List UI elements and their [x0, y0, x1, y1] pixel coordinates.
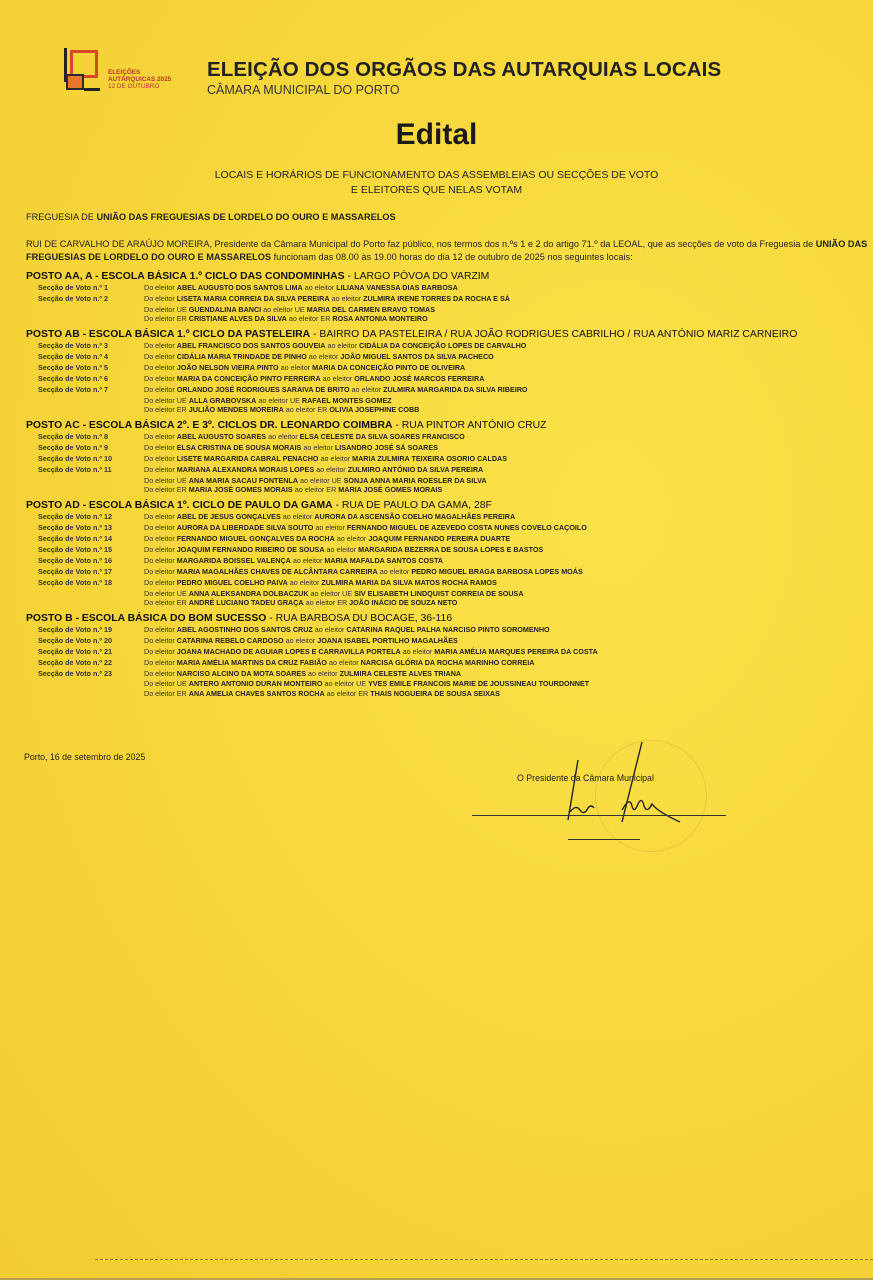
section-label: Secção de Voto n.º 13: [26, 523, 144, 534]
elections-logo-icon: [62, 48, 104, 94]
last-voter: JOANA ISABEL PORTILHO MAGALHÃES: [317, 636, 458, 645]
to-word: ao eleitor: [281, 512, 315, 521]
to-word: ao eleitor: [313, 625, 347, 634]
voter-range: Do eleitor LISETA MARIA CORREIA DA SILVA…: [144, 294, 866, 305]
section-label: Secção de Voto n.º 21: [26, 647, 144, 658]
voter-range: Do eleitor ORLANDO JOSÉ RODRIGUES SARAIV…: [144, 385, 866, 396]
voter-type: ER: [358, 689, 370, 698]
polling-station: POSTO B - ESCOLA BÁSICA DO BOM SUCESSO -…: [26, 612, 866, 698]
section-label: Secção de Voto n.º 14: [26, 534, 144, 545]
to-word: ao eleitor: [293, 485, 327, 494]
freguesia-prefix: FREGUESIA DE: [26, 212, 96, 222]
first-voter: JOÃO NELSON VIEIRA PINTO: [177, 363, 279, 372]
voting-section: Secção de Voto n.º 9Do eleitor ELSA CRIS…: [26, 443, 866, 454]
document-subtitle: CÂMARA MUNICIPAL DO PORTO: [207, 83, 400, 97]
to-word: ao eleitor: [301, 443, 335, 452]
voter-type: ER: [326, 485, 338, 494]
voter-type: UE: [356, 679, 368, 688]
first-voter: ORLANDO JOSÉ RODRIGUES SARAIVA DE BRITO: [177, 385, 350, 394]
to-word: ao eleitor: [350, 385, 384, 394]
first-voter: JOAQUIM FERNANDO RIBEIRO DE SOUSA: [177, 545, 325, 554]
voter-type: ER: [177, 598, 189, 607]
voting-section: Secção de Voto n.º 20Do eleitor CATARINA…: [26, 636, 866, 647]
voting-section: Secção de Voto n.º 5Do eleitor JOÃO NELS…: [26, 363, 866, 374]
from-word: Do eleitor: [144, 396, 177, 405]
first-voter: ABEL AGOSTINHO DOS SANTOS CRUZ: [177, 625, 313, 634]
voter-type: ER: [337, 598, 349, 607]
last-voter: MARIA AMÉLIA MARQUES PEREIRA DA COSTA: [434, 647, 597, 656]
voter-range: Do eleitor ER ANA AMELIA CHAVES SANTOS R…: [144, 689, 866, 698]
to-word: ao eleitor: [256, 396, 290, 405]
station-name: POSTO AA, A - ESCOLA BÁSICA 1.º CICLO DA…: [26, 271, 345, 282]
voter-range: Do eleitor ABEL FRANCISCO DOS SANTOS GOU…: [144, 341, 866, 352]
station-name: POSTO B - ESCOLA BÁSICA DO BOM SUCESSO: [26, 613, 266, 624]
to-word: ao eleitor: [306, 669, 340, 678]
section-label: Secção de Voto n.º 16: [26, 556, 144, 567]
to-word: ao eleitor: [378, 567, 412, 576]
intro-text-c: funcionam das 08.00 às 19.00 horas do di…: [271, 252, 633, 262]
voting-section: Secção de Voto n.º 3Do eleitor ABEL FRAN…: [26, 341, 866, 352]
voter-range: Do eleitor ABEL DE JESUS GONÇALVES ao el…: [144, 512, 866, 523]
voter-range: Do eleitor ER MARIA JOSÉ GOMES MORAIS ao…: [144, 485, 866, 494]
section-label: Secção de Voto n.º 15: [26, 545, 144, 556]
last-voter: SIV ELISABETH LINDQUIST CORREIA DE SOUSA: [354, 589, 523, 598]
voter-type: UE: [177, 589, 189, 598]
voter-range: Do eleitor MARIANA ALEXANDRA MORAIS LOPE…: [144, 465, 866, 476]
last-voter: ZULMIRA CELESTE ALVES TRIANA: [340, 669, 462, 678]
document-date: Porto, 16 de setembro de 2025: [24, 752, 145, 762]
from-word: Do eleitor: [144, 465, 177, 474]
from-word: Do eleitor: [144, 314, 177, 323]
first-voter: ANTERO ANTONIO DURAN MONTEIRO: [189, 679, 323, 688]
last-voter: AURORA DA ASCENSÃO COELHO MAGALHÃES PERE…: [314, 512, 515, 521]
from-word: Do eleitor: [144, 341, 177, 350]
section-label: Secção de Voto n.º 20: [26, 636, 144, 647]
section-label: Secção de Voto n.º 5: [26, 363, 144, 374]
voter-range: Do eleitor LISETE MARGARIDA CABRAL PENAC…: [144, 454, 866, 465]
section-label: Secção de Voto n.º 23: [26, 669, 144, 698]
first-voter: MARGARIDA BOISSEL VALENÇA: [177, 556, 291, 565]
to-word: ao eleitor: [325, 545, 359, 554]
voter-range: Do eleitor ER CRISTIANE ALVES DA SILVA a…: [144, 314, 866, 323]
to-word: ao eleitor: [319, 454, 353, 463]
signature-icon: [550, 740, 700, 830]
last-voter: ZULMIRA MARIA DA SILVA MATOS ROCHA RAMOS: [321, 578, 496, 587]
last-voter: FERNANDO MIGUEL DE AZEVEDO COSTA NUNES C…: [347, 523, 587, 532]
intro-text-a: RUI DE CARVALHO DE ARAÚJO MOREIRA, Presi…: [26, 239, 816, 249]
voter-range: Do eleitor UE ANTERO ANTONIO DURAN MONTE…: [144, 679, 866, 688]
from-word: Do eleitor: [144, 363, 177, 372]
to-word: ao eleitor: [330, 294, 364, 303]
from-word: Do eleitor: [144, 625, 177, 634]
last-voter: JOÃO MIGUEL SANTOS DA SILVA PACHECO: [340, 352, 493, 361]
voting-section: Secção de Voto n.º 16Do eleitor MARGARID…: [26, 556, 866, 567]
to-word: ao eleitor: [303, 283, 337, 292]
signature-line: [472, 815, 726, 816]
voting-section: Secção de Voto n.º 11Do eleitor MARIANA …: [26, 465, 866, 494]
to-word: ao eleitor: [325, 341, 359, 350]
station-address: - BAIRRO DA PASTELEIRA / RUA JOÃO RODRIG…: [310, 329, 797, 340]
freguesia-name: UNIÃO DAS FREGUESIAS DE LORDELO DO OURO …: [96, 212, 395, 222]
station-name: POSTO AB - ESCOLA BÁSICA 1.º CICLO DA PA…: [26, 329, 310, 340]
to-word: ao eleitor: [321, 374, 355, 383]
last-voter: ROSA ANTONIA MONTEIRO: [332, 314, 427, 323]
to-word: ao eleitor: [325, 689, 359, 698]
voter-range: Do eleitor PEDRO MIGUEL COELHO PAIVA ao …: [144, 578, 866, 589]
first-voter: MARIANA ALEXANDRA MORAIS LOPES: [177, 465, 314, 474]
voter-type: UE: [295, 305, 307, 314]
voter-type: ER: [177, 405, 189, 414]
first-voter: ALLA GRABOVSKA: [189, 396, 257, 405]
first-voter: ABEL AUGUSTO DOS SANTOS LIMA: [177, 283, 303, 292]
voter-range: Do eleitor UE ANA MARIA SACAU FONTENLA a…: [144, 476, 866, 485]
voter-type: ER: [317, 405, 329, 414]
voter-range: Do eleitor CATARINA REBELO CARDOSO ao el…: [144, 636, 866, 647]
from-word: Do eleitor: [144, 689, 177, 698]
section-label: Secção de Voto n.º 18: [26, 578, 144, 607]
last-voter: MARIA MAFALDA SANTOS COSTA: [324, 556, 443, 565]
voter-range: Do eleitor ER ANDRÉ LUCIANO TADEU GRAÇA …: [144, 598, 866, 607]
from-word: Do eleitor: [144, 443, 177, 452]
from-word: Do eleitor: [144, 485, 177, 494]
from-word: Do eleitor: [144, 454, 177, 463]
voter-type: ER: [320, 314, 332, 323]
section-label: Secção de Voto n.º 6: [26, 374, 144, 385]
from-word: Do eleitor: [144, 598, 177, 607]
voter-type: UE: [332, 476, 344, 485]
last-voter: SONJA ANNA MARIA ROESLER DA SILVA: [344, 476, 487, 485]
first-voter: ANA MARIA SACAU FONTENLA: [189, 476, 298, 485]
to-word: ao eleitor: [298, 476, 332, 485]
last-voter: RAFAEL MONTES GOMEZ: [302, 396, 392, 405]
last-voter: MARIA ZULMIRA TEIXEIRA OSORIO CALDAS: [352, 454, 507, 463]
from-word: Do eleitor: [144, 589, 177, 598]
from-word: Do eleitor: [144, 669, 177, 678]
polling-station: POSTO AC - ESCOLA BÁSICA 2º. E 3º. CICLO…: [26, 419, 866, 494]
section-label: Secção de Voto n.º 9: [26, 443, 144, 454]
last-voter: THAIS NOGUEIRA DE SOUSA SEIXAS: [370, 689, 500, 698]
first-voter: ANNA ALEKSANDRA DOLBACZUK: [189, 589, 309, 598]
last-voter: MARGARIDA BEZERRA DE SOUSA LOPES E BASTO…: [358, 545, 543, 554]
section-label: Secção de Voto n.º 11: [26, 465, 144, 494]
voter-range: Do eleitor ABEL AGOSTINHO DOS SANTOS CRU…: [144, 625, 866, 636]
to-word: ao eleitor: [401, 647, 435, 656]
last-voter: YVES EMILE FRANCOIS MARIE DE JOUSSINEAU …: [368, 679, 589, 688]
from-word: Do eleitor: [144, 476, 177, 485]
document-header: ELEIÇÕES AUTÁRQUICAS 2025 12 DE OUTUBRO …: [62, 48, 762, 100]
voter-range: Do eleitor ABEL AUGUSTO DOS SANTOS LIMA …: [144, 283, 866, 294]
last-voter: JOÃO INÁCIO DE SOUZA NETO: [349, 598, 457, 607]
first-voter: CRISTIANE ALVES DA SILVA: [189, 314, 287, 323]
voting-section: Secção de Voto n.º 22Do eleitor MARIA AM…: [26, 658, 866, 669]
voter-range: Do eleitor FERNANDO MIGUEL GONÇALVES DA …: [144, 534, 866, 545]
voter-range: Do eleitor ELSA CRISTINA DE SOUSA MORAIS…: [144, 443, 866, 454]
station-address: - RUA BARBOSA DU BOCAGE, 36-116: [266, 613, 452, 624]
voter-range: Do eleitor ER JULIÃO MENDES MOREIRA ao e…: [144, 405, 866, 414]
from-word: Do eleitor: [144, 432, 177, 441]
first-voter: FERNANDO MIGUEL GONÇALVES DA ROCHA: [177, 534, 335, 543]
freguesia-line: FREGUESIA DE UNIÃO DAS FREGUESIAS DE LOR…: [26, 212, 396, 222]
voting-section: Secção de Voto n.º 18Do eleitor PEDRO MI…: [26, 578, 866, 607]
polling-station-title: POSTO AD - ESCOLA BÁSICA 1º. CICLO DE PA…: [26, 499, 866, 512]
to-word: ao eleitor: [304, 598, 338, 607]
voter-range: Do eleitor JOANA MACHADO DE AGUIAR LOPES…: [144, 647, 866, 658]
voter-range: Do eleitor MARIA AMÉLIA MARTINS DA CRUZ …: [144, 658, 866, 669]
first-voter: MARIA DA CONCEIÇÃO PINTO FERREIRA: [177, 374, 321, 383]
scan-edge-line: [95, 1259, 873, 1261]
first-voter: ELSA CRISTINA DE SOUSA MORAIS: [177, 443, 302, 452]
document-title: ELEIÇÃO DOS ORGÃOS DAS AUTARQUIAS LOCAIS: [207, 58, 721, 82]
section-label: Secção de Voto n.º 17: [26, 567, 144, 578]
section-label: Secção de Voto n.º 22: [26, 658, 144, 669]
polling-station-title: POSTO AB - ESCOLA BÁSICA 1.º CICLO DA PA…: [26, 328, 866, 341]
voting-section: Secção de Voto n.º 7Do eleitor ORLANDO J…: [26, 385, 866, 414]
last-voter: MARIA DEL CARMEN BRAVO TOMAS: [307, 305, 435, 314]
first-voter: CATARINA REBELO CARDOSO: [177, 636, 284, 645]
first-voter: ANA AMELIA CHAVES SANTOS ROCHA: [189, 689, 325, 698]
voter-type: ER: [177, 689, 189, 698]
last-voter: ZULMIRA IRENE TORRES DA ROCHA E SÁ: [363, 294, 510, 303]
from-word: Do eleitor: [144, 567, 177, 576]
to-word: ao eleitor: [323, 679, 357, 688]
voter-type: UE: [177, 679, 189, 688]
first-voter: ABEL DE JESUS GONÇALVES: [177, 512, 281, 521]
logo-line-1: ELEIÇÕES: [108, 69, 171, 76]
logo-text: ELEIÇÕES AUTÁRQUICAS 2025 12 DE OUTUBRO: [108, 69, 171, 90]
polling-stations-list: POSTO AA, A - ESCOLA BÁSICA 1.º CICLO DA…: [26, 270, 866, 703]
voting-section: Secção de Voto n.º 23Do eleitor NARCISO …: [26, 669, 866, 698]
polling-station-title: POSTO AA, A - ESCOLA BÁSICA 1.º CICLO DA…: [26, 270, 866, 283]
station-address: - RUA PINTOR ANTÓNIO CRUZ: [392, 420, 546, 431]
last-voter: MARIA DA CONCEIÇÃO PINTO DE OLIVEIRA: [312, 363, 465, 372]
from-word: Do eleitor: [144, 512, 177, 521]
first-voter: NARCISO ALCINO DA MOTA SOARES: [177, 669, 306, 678]
section-label: Secção de Voto n.º 12: [26, 512, 144, 523]
section-label: Secção de Voto n.º 7: [26, 385, 144, 414]
last-voter: ZULMIRO ANTÓNIO DA SILVA PEREIRA: [348, 465, 484, 474]
from-word: Do eleitor: [144, 647, 177, 656]
voter-range: Do eleitor UE ALLA GRABOVSKA ao eleitor …: [144, 396, 866, 405]
lead-text: LOCAIS E HORÁRIOS DE FUNCIONAMENTO DAS A…: [0, 168, 873, 198]
from-word: Do eleitor: [144, 658, 177, 667]
to-word: ao eleitor: [261, 305, 295, 314]
first-voter: ANDRÉ LUCIANO TADEU GRAÇA: [189, 598, 304, 607]
edital-heading: Edital: [0, 118, 873, 152]
voter-range: Do eleitor MARIA DA CONCEIÇÃO PINTO FERR…: [144, 374, 866, 385]
voter-range: Do eleitor AURORA DA LIBERDADE SILVA SOU…: [144, 523, 866, 534]
voting-section: Secção de Voto n.º 10Do eleitor LISETE M…: [26, 454, 866, 465]
last-voter: MARIA JOSÉ GOMES MORAIS: [338, 485, 442, 494]
lead-line-2: E ELEITORES QUE NELAS VOTAM: [0, 183, 873, 198]
logo-line-2: AUTÁRQUICAS 2025: [108, 76, 171, 83]
section-label: Secção de Voto n.º 4: [26, 352, 144, 363]
voting-section: Secção de Voto n.º 13Do eleitor AURORA D…: [26, 523, 866, 534]
from-word: Do eleitor: [144, 523, 177, 532]
voting-section: Secção de Voto n.º 19Do eleitor ABEL AGO…: [26, 625, 866, 636]
voter-range: Do eleitor UE ANNA ALEKSANDRA DOLBACZUK …: [144, 589, 866, 598]
voter-range: Do eleitor MARGARIDA BOISSEL VALENÇA ao …: [144, 556, 866, 567]
to-word: ao eleitor: [314, 465, 348, 474]
voter-type: ER: [177, 314, 189, 323]
section-label: Secção de Voto n.º 8: [26, 432, 144, 443]
to-word: ao eleitor: [287, 314, 321, 323]
voting-section: Secção de Voto n.º 12Do eleitor ABEL DE …: [26, 512, 866, 523]
first-voter: LISETE MARGARIDA CABRAL PENACHO: [177, 454, 319, 463]
to-word: ao eleitor: [327, 658, 361, 667]
voter-range: Do eleitor NARCISO ALCINO DA MOTA SOARES…: [144, 669, 866, 680]
from-word: Do eleitor: [144, 294, 177, 303]
section-label: Secção de Voto n.º 10: [26, 454, 144, 465]
voter-range: Do eleitor CIDÁLIA MARIA TRINDADE DE PIN…: [144, 352, 866, 363]
voter-range: Do eleitor MARIA MAGALHÃES CHAVES DE ALC…: [144, 567, 866, 578]
from-word: Do eleitor: [144, 578, 177, 587]
from-word: Do eleitor: [144, 679, 177, 688]
first-voter: ABEL AUGUSTO SOARES: [177, 432, 266, 441]
voting-section: Secção de Voto n.º 17Do eleitor MARIA MA…: [26, 567, 866, 578]
voting-section: Secção de Voto n.º 2Do eleitor LISETA MA…: [26, 294, 866, 323]
voting-section: Secção de Voto n.º 14Do eleitor FERNANDO…: [26, 534, 866, 545]
voter-type: UE: [342, 589, 354, 598]
signature-underline: [568, 839, 640, 840]
last-voter: JOAQUIM FERNANDO PEREIRA DUARTE: [368, 534, 510, 543]
logo-line-3: 12 DE OUTUBRO: [108, 83, 171, 90]
voter-range: Do eleitor UE GUENDALINA BANCI ao eleito…: [144, 305, 866, 314]
to-word: ao eleitor: [284, 405, 318, 414]
from-word: Do eleitor: [144, 636, 177, 645]
to-word: ao eleitor: [309, 589, 343, 598]
last-voter: NARCISA GLÓRIA DA ROCHA MARINHO CORREIA: [361, 658, 535, 667]
lead-line-1: LOCAIS E HORÁRIOS DE FUNCIONAMENTO DAS A…: [0, 168, 873, 183]
first-voter: MARIA JOSÉ GOMES MORAIS: [189, 485, 293, 494]
from-word: Do eleitor: [144, 374, 177, 383]
section-label: Secção de Voto n.º 1: [26, 283, 144, 294]
first-voter: JOANA MACHADO DE AGUIAR LOPES E CARRAVIL…: [177, 647, 401, 656]
last-voter: OLIVIA JOSEPHINE COBB: [329, 405, 419, 414]
section-label: Secção de Voto n.º 2: [26, 294, 144, 323]
voter-range: Do eleitor ABEL AUGUSTO SOARES ao eleito…: [144, 432, 866, 443]
voter-range: Do eleitor JOÃO NELSON VIEIRA PINTO ao e…: [144, 363, 866, 374]
from-word: Do eleitor: [144, 385, 177, 394]
last-voter: ZULMIRA MARGARIDA DA SILVA RIBEIRO: [383, 385, 527, 394]
to-word: ao eleitor: [284, 636, 318, 645]
last-voter: CATARINA RAQUEL PALHA NARCISO PINTO SORO…: [346, 625, 549, 634]
polling-station-title: POSTO AC - ESCOLA BÁSICA 2º. E 3º. CICLO…: [26, 419, 866, 432]
first-voter: MARIA AMÉLIA MARTINS DA CRUZ FABIÃO: [177, 658, 327, 667]
from-word: Do eleitor: [144, 305, 177, 314]
first-voter: PEDRO MIGUEL COELHO PAIVA: [177, 578, 288, 587]
to-word: ao eleitor: [335, 534, 369, 543]
from-word: Do eleitor: [144, 556, 177, 565]
station-address: - RUA DE PAULO DA GAMA, 28F: [333, 500, 492, 511]
voting-section: Secção de Voto n.º 6Do eleitor MARIA DA …: [26, 374, 866, 385]
station-address: - LARGO PÓVOA DO VARZIM: [345, 271, 490, 282]
first-voter: JULIÃO MENDES MOREIRA: [189, 405, 284, 414]
to-word: ao eleitor: [291, 556, 325, 565]
section-label: Secção de Voto n.º 3: [26, 341, 144, 352]
first-voter: ABEL FRANCISCO DOS SANTOS GOUVEIA: [177, 341, 326, 350]
last-voter: CIDÁLIA DA CONCEIÇÃO LOPES DE CARVALHO: [359, 341, 526, 350]
section-label: Secção de Voto n.º 19: [26, 625, 144, 636]
from-word: Do eleitor: [144, 352, 177, 361]
from-word: Do eleitor: [144, 534, 177, 543]
last-voter: LISANDRO JOSÉ SÁ SOARES: [335, 443, 438, 452]
to-word: ao eleitor: [266, 432, 300, 441]
voter-type: UE: [290, 396, 302, 405]
first-voter: LISETA MARIA CORREIA DA SILVA PEREIRA: [177, 294, 330, 303]
to-word: ao eleitor: [313, 523, 347, 532]
voting-section: Secção de Voto n.º 21Do eleitor JOANA MA…: [26, 647, 866, 658]
station-name: POSTO AD - ESCOLA BÁSICA 1º. CICLO DE PA…: [26, 500, 333, 511]
polling-station-title: POSTO B - ESCOLA BÁSICA DO BOM SUCESSO -…: [26, 612, 866, 625]
voting-section: Secção de Voto n.º 4Do eleitor CIDÁLIA M…: [26, 352, 866, 363]
voting-section: Secção de Voto n.º 15Do eleitor JOAQUIM …: [26, 545, 866, 556]
voting-section: Secção de Voto n.º 1Do eleitor ABEL AUGU…: [26, 283, 866, 294]
from-word: Do eleitor: [144, 283, 177, 292]
last-voter: PEDRO MIGUEL BRAGA BARBOSA LOPES MOÁS: [411, 567, 582, 576]
polling-station: POSTO AA, A - ESCOLA BÁSICA 1.º CICLO DA…: [26, 270, 866, 323]
to-word: ao eleitor: [307, 352, 341, 361]
station-name: POSTO AC - ESCOLA BÁSICA 2º. E 3º. CICLO…: [26, 420, 392, 431]
voter-type: UE: [177, 305, 189, 314]
voter-type: ER: [177, 485, 189, 494]
last-voter: ORLANDO JOSÉ MARCOS FERREIRA: [354, 374, 484, 383]
from-word: Do eleitor: [144, 405, 177, 414]
polling-station: POSTO AB - ESCOLA BÁSICA 1.º CICLO DA PA…: [26, 328, 866, 414]
voter-type: UE: [177, 396, 189, 405]
voting-section: Secção de Voto n.º 8Do eleitor ABEL AUGU…: [26, 432, 866, 443]
first-voter: MARIA MAGALHÃES CHAVES DE ALCÂNTARA CARR…: [177, 567, 378, 576]
to-word: ao eleitor: [279, 363, 313, 372]
last-voter: ELSA CELESTE DA SILVA SOARES FRANCISCO: [300, 432, 465, 441]
polling-station: POSTO AD - ESCOLA BÁSICA 1º. CICLO DE PA…: [26, 499, 866, 607]
voter-type: UE: [177, 476, 189, 485]
first-voter: GUENDALINA BANCI: [189, 305, 261, 314]
last-voter: LILIANA VANESSA DIAS BARBOSA: [336, 283, 458, 292]
first-voter: CIDÁLIA MARIA TRINDADE DE PINHO: [177, 352, 307, 361]
to-word: ao eleitor: [288, 578, 322, 587]
first-voter: AURORA DA LIBERDADE SILVA SOUTO: [177, 523, 314, 532]
intro-paragraph: RUI DE CARVALHO DE ARAÚJO MOREIRA, Presi…: [26, 238, 871, 263]
from-word: Do eleitor: [144, 545, 177, 554]
voter-range: Do eleitor JOAQUIM FERNANDO RIBEIRO DE S…: [144, 545, 866, 556]
